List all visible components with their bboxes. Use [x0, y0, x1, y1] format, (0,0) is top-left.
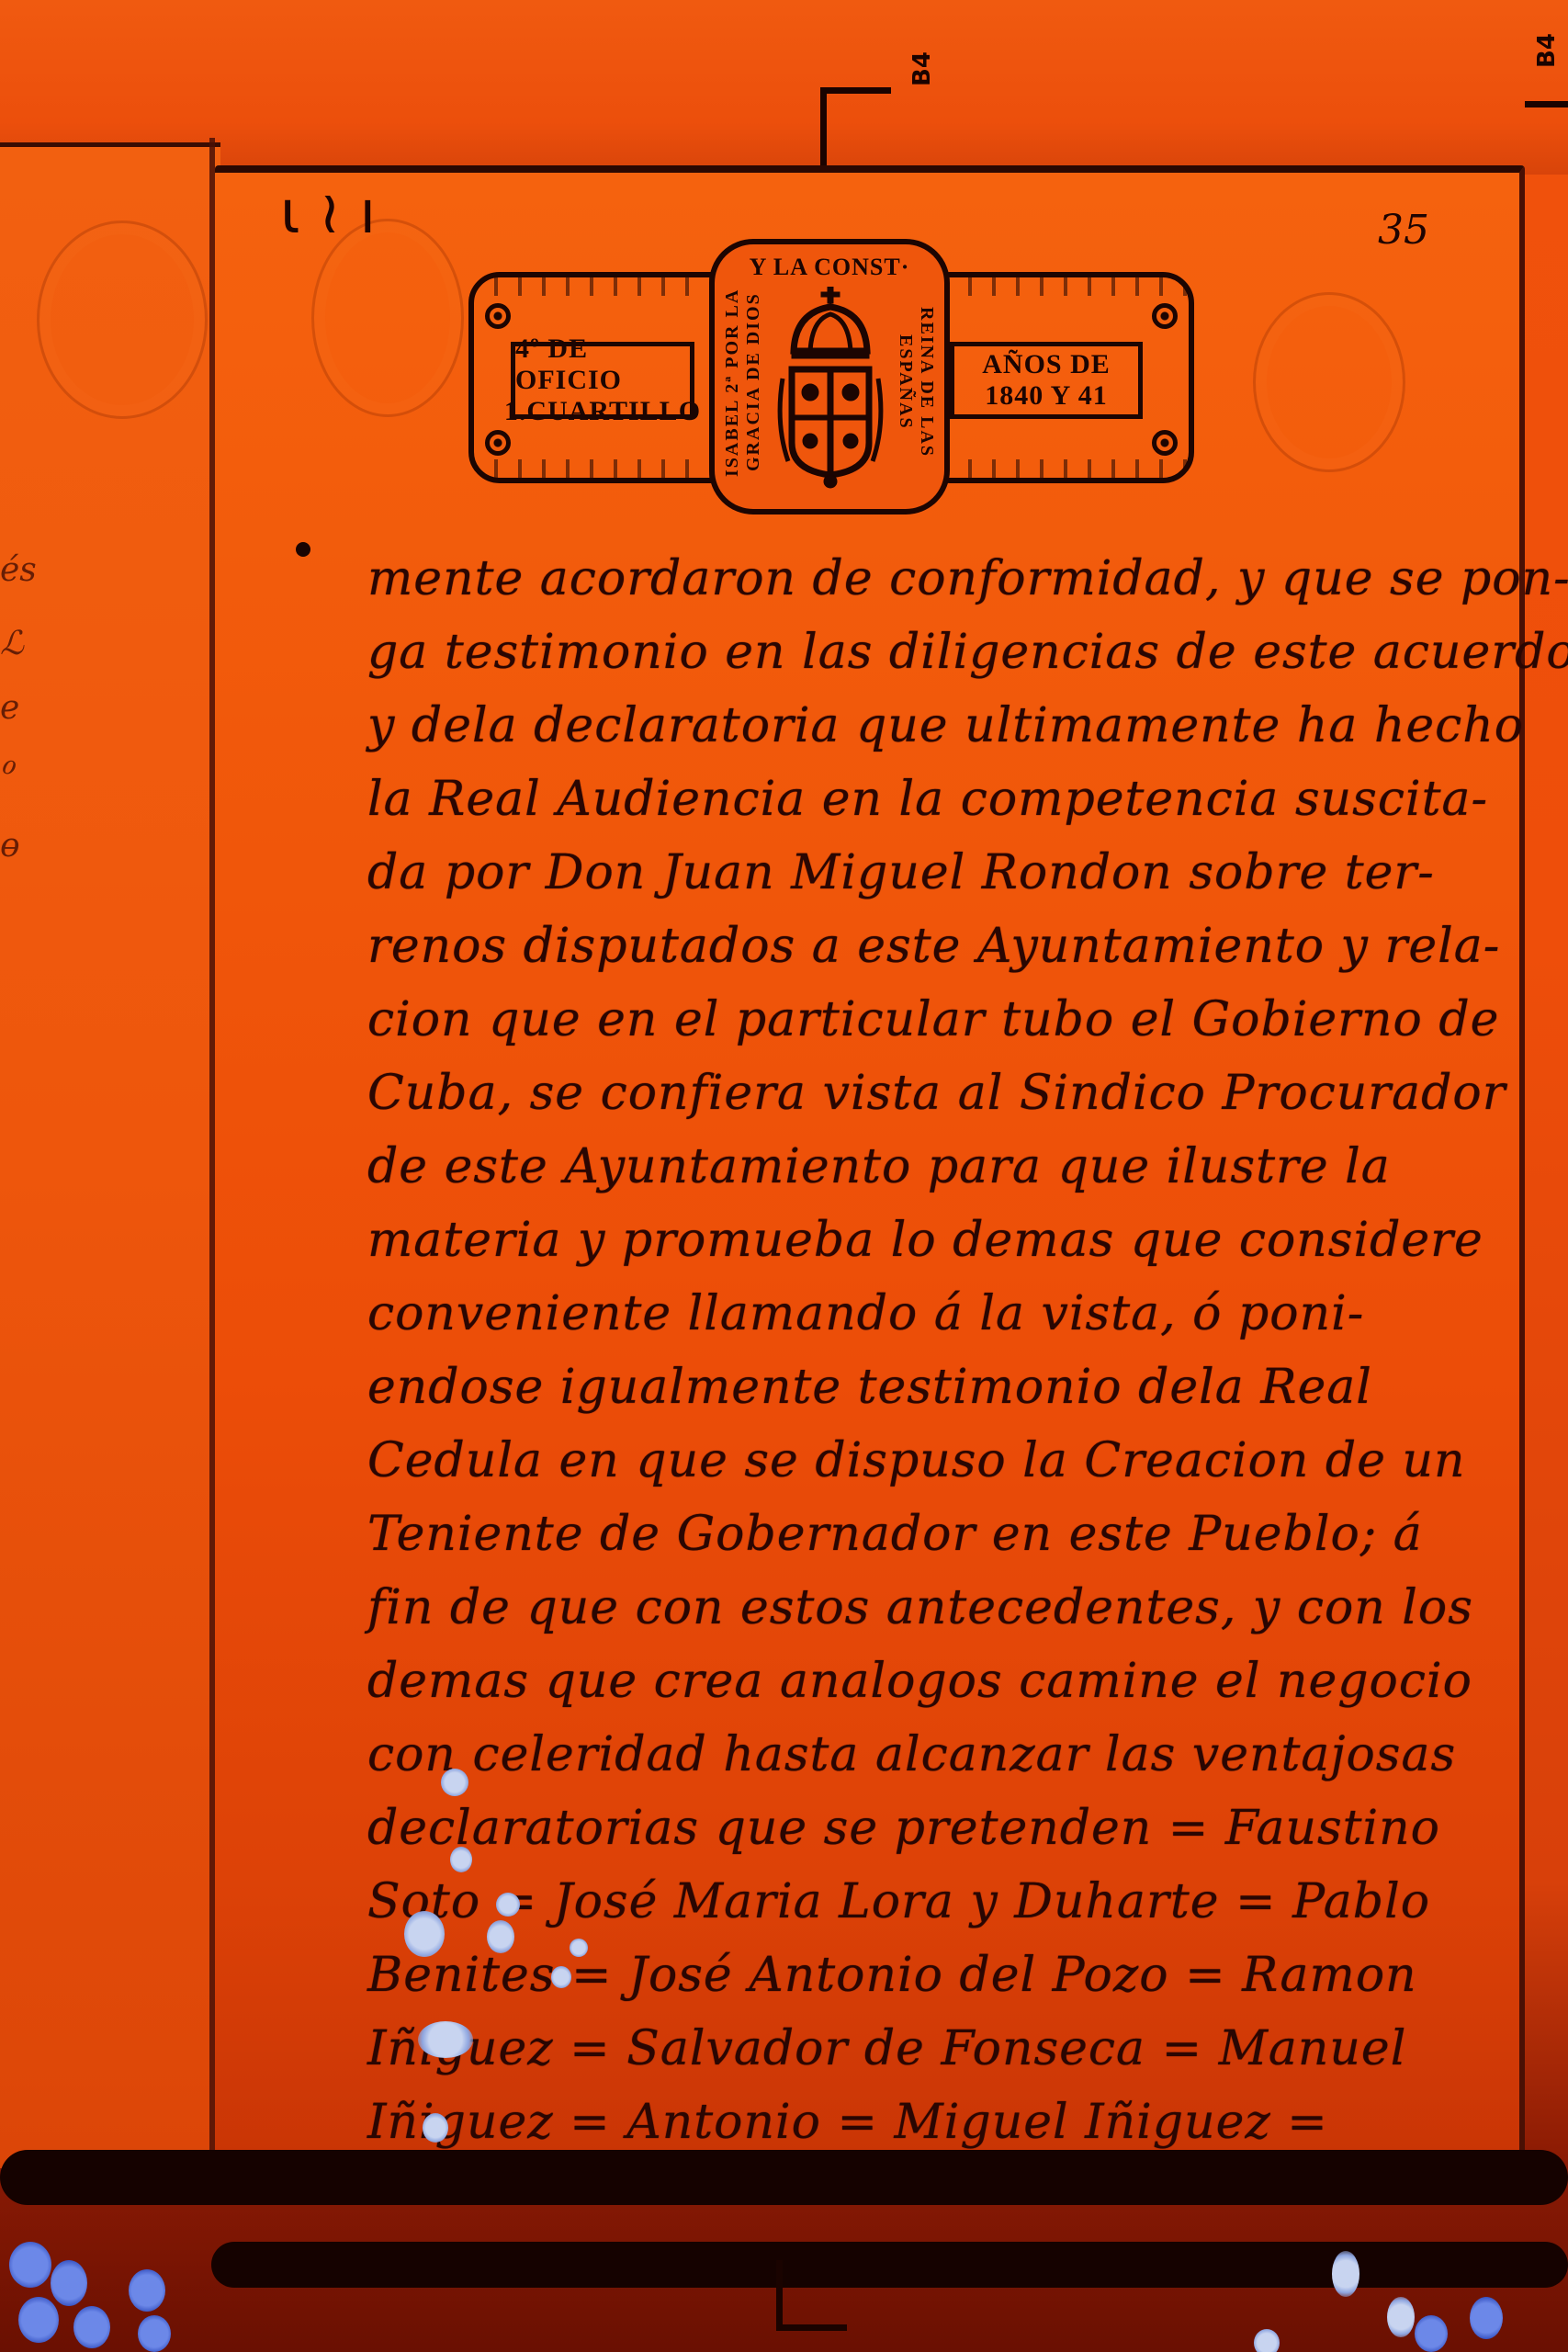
manuscript-line: endose igualmente testimonio dela Real [367, 1351, 1304, 1424]
corner-marks: ɩ ≀ ı [280, 179, 376, 247]
royal-crown-coat-of-arms-icon [775, 287, 886, 489]
lower-page-shadow [211, 2242, 1568, 2288]
manuscript-line: Cuba, se confiera vista al Sindico Procu… [367, 1057, 1304, 1130]
manuscript-line: la Real Audiencia en la competencia susc… [367, 763, 1304, 836]
left-page-fragment: ɵ [0, 827, 20, 865]
manuscript-line: renos disputados a este Ayuntamiento y r… [367, 910, 1304, 983]
manuscript-line: Teniente de Gobernador en este Pueblo; á [367, 1498, 1304, 1571]
speckle [423, 2113, 448, 2143]
film-marker-top: B4 [905, 55, 940, 83]
manuscript-line: da por Don Juan Miguel Rondon sobre ter- [367, 836, 1304, 910]
stamp-center-panel: Y LA CONST· ISABEL 2ª POR LA GRACIA DE D… [709, 239, 950, 514]
stamp-denomination-line1: 4º DE OFICIO [515, 334, 690, 396]
manuscript-line: Cedula en que se dispuso la Creacion de … [367, 1424, 1304, 1498]
speckle [487, 1920, 514, 1953]
manuscript-line: Iñiguez = Salvador de Fonseca = Manuel [367, 2012, 1304, 2086]
film-marker-bracket-top [820, 87, 891, 176]
manuscript-line: demas que crea analogos camine el negoci… [367, 1645, 1304, 1718]
stamp-left-panel: 4º DE OFICIO 1.CUARTILLO [468, 272, 744, 483]
manuscript-line: declaratorias que se pretenden = Faustin… [367, 1792, 1304, 1865]
speckle [1387, 2297, 1415, 2337]
stamp-denomination-line2: 1.CUARTILLO [504, 396, 701, 427]
film-marker-top-right: B4 [1529, 37, 1564, 64]
stamp-years-line2: 1840 Y 41 [985, 380, 1107, 412]
scan-background-top [0, 0, 1568, 175]
stamp-right-panel: AÑOS DE 1840 Y 41 [919, 272, 1194, 483]
fiscal-stamp: 4º DE OFICIO 1.CUARTILLO AÑOS DE 1840 Y … [468, 239, 1194, 514]
speckle [551, 1966, 571, 1988]
left-page-fragment: e [0, 689, 19, 727]
stamp-ring-icon [485, 303, 511, 329]
page-bottom-shadow [0, 2150, 1568, 2205]
stamp-years-line1: AÑOS DE [982, 349, 1111, 380]
manuscript-line: ga testimonio en las diligencias de este… [367, 616, 1304, 689]
speckle [1332, 2251, 1359, 2297]
folio-number: 35 [1378, 207, 1429, 254]
emboss-seal-icon [311, 219, 464, 417]
film-marker-top-label: B4 [908, 51, 936, 86]
speckle [570, 1939, 588, 1957]
manuscript-body: mente acordaron de conformidad, y que se… [367, 542, 1304, 2159]
speckle [404, 1911, 445, 1957]
left-page-fragment: ℒ [0, 625, 24, 662]
speckle-blue [9, 2242, 51, 2288]
speckle-blue [129, 2269, 165, 2312]
emboss-seal-icon [1253, 292, 1405, 472]
manuscript-line: fin de que con estos antecedentes, y con… [367, 1571, 1304, 1645]
speckle [496, 1893, 520, 1917]
stamp-center-top-text: Y LA CONST· [715, 254, 944, 281]
emboss-seal-icon [37, 220, 208, 419]
manuscript-line: y dela declaratoria que ultimamente ha h… [367, 689, 1304, 763]
left-page-fragment: ℴ [0, 744, 16, 782]
stamp-center-left-text: ISABEL 2ª POR LA GRACIA DE DIOS [722, 281, 764, 483]
speckle [450, 1847, 472, 1872]
speckle-blue [138, 2315, 171, 2352]
left-page-fragment: és [0, 551, 37, 589]
film-marker-tick-right [1525, 101, 1568, 107]
speckle-blue [1415, 2315, 1448, 2352]
manuscript-line: mente acordaron de conformidad, y que se… [367, 542, 1304, 616]
paragraph-bullet-mark [296, 542, 310, 557]
speckle [418, 2021, 473, 2058]
manuscript-line: Iñiguez = Antonio = Miguel Iñiguez = [367, 2086, 1304, 2159]
speckle-blue [1470, 2297, 1503, 2339]
stamp-ring-icon [485, 430, 511, 456]
speckle [1254, 2329, 1280, 2352]
speckle-blue [73, 2306, 110, 2348]
manuscript-line: con celeridad hasta alcanzar las ventajo… [367, 1718, 1304, 1792]
stamp-denomination: 4º DE OFICIO 1.CUARTILLO [511, 342, 694, 419]
stamp-ring-icon [1152, 430, 1178, 456]
manuscript-line: conveniente llamando á la vista, ó poni- [367, 1277, 1304, 1351]
stamp-ring-icon [1152, 303, 1178, 329]
speckle [441, 1769, 468, 1796]
speckle-blue [18, 2297, 59, 2343]
left-page: és ℒ e ℴ ɵ [0, 142, 220, 2168]
manuscript-line: de este Ayuntamiento para que ilustre la [367, 1130, 1304, 1204]
manuscript-line: materia y promueba lo demas que consider… [367, 1204, 1304, 1277]
speckle-blue [51, 2260, 87, 2306]
film-marker-top-right-label: B4 [1533, 33, 1561, 68]
stamp-center-right-text: REINA DE LAS ESPAÑAS [895, 281, 937, 483]
manuscript-line: cion que en el particular tubo el Gobier… [367, 983, 1304, 1057]
film-marker-bracket-bottom [776, 2260, 847, 2331]
stamp-years: AÑOS DE 1840 Y 41 [950, 342, 1143, 419]
